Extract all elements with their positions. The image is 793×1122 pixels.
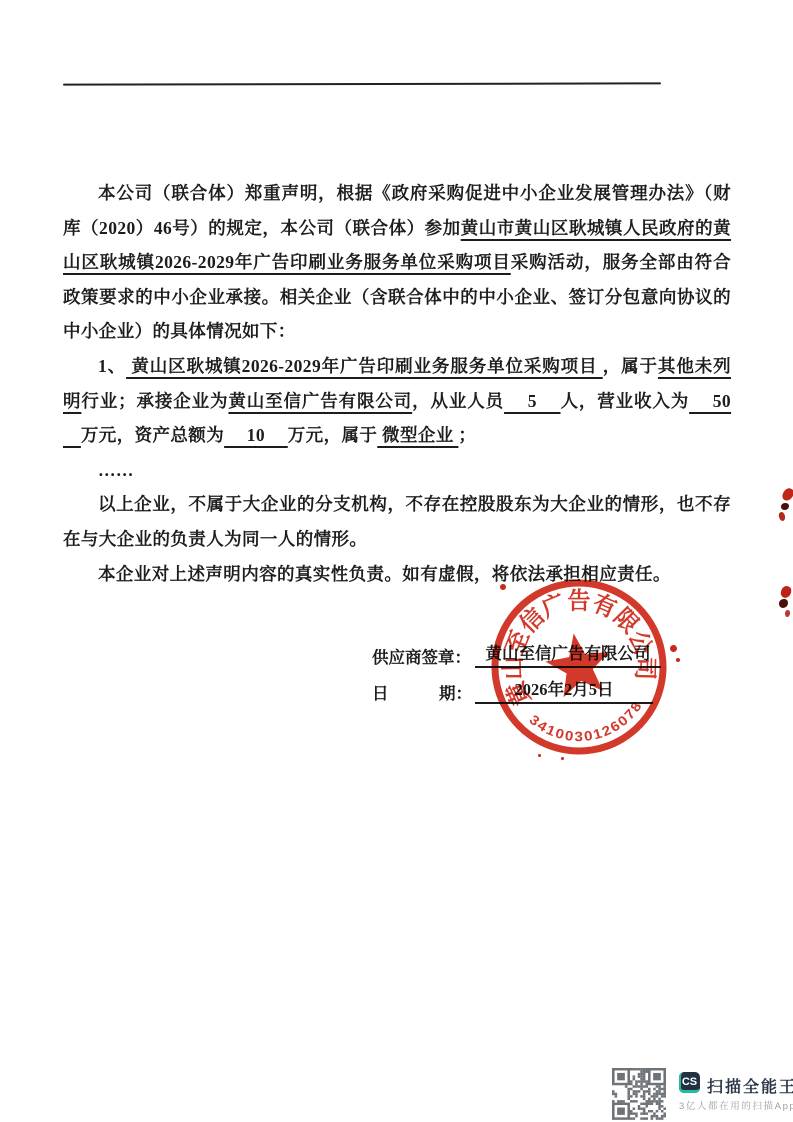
page-edge-ink-mark bbox=[778, 586, 793, 620]
ink-blob bbox=[779, 599, 788, 608]
ink-dot bbox=[670, 645, 677, 652]
supplier-signature-label-text: 供应商签章： bbox=[372, 644, 471, 668]
seal-graphic: 黄山至信广告有限公司 3410030126078 bbox=[483, 571, 675, 763]
page-edge-ink-mark bbox=[779, 488, 793, 524]
camscanner-logo-text: CS bbox=[682, 1076, 697, 1088]
ink-blob bbox=[781, 503, 789, 510]
ink-blob bbox=[780, 585, 793, 599]
qr-code bbox=[612, 1068, 666, 1120]
camscanner-app-name: 扫描全能王 bbox=[707, 1074, 793, 1097]
ellipsis-paragraph: …… bbox=[63, 453, 731, 488]
ink-dot bbox=[538, 754, 541, 757]
camscanner-tagline: 3亿人都在用的扫描App bbox=[679, 1098, 793, 1112]
ink-dot bbox=[500, 584, 506, 590]
date-label-left: 日 bbox=[372, 680, 389, 704]
item-1-paragraph: 1、 黄山区耿城镇2026-2029年广告印刷业务服务单位采购项目 ，属于其他未… bbox=[63, 349, 731, 453]
ink-dot bbox=[561, 757, 564, 760]
supplier-signature-label: 供应商签章： bbox=[372, 644, 472, 668]
camscanner-logo-icon: CS bbox=[679, 1072, 700, 1093]
date-label: 日 期： bbox=[372, 680, 472, 704]
scan-artifact-line bbox=[63, 82, 661, 85]
ink-blob bbox=[781, 486, 793, 502]
no-affiliation-paragraph: 以上企业，不属于大企业的分支机构，不存在控股股东为大企业的情形，也不存在与大企业… bbox=[63, 487, 731, 556]
ink-blob bbox=[778, 511, 787, 522]
company-seal: 黄山至信广告有限公司 3410030126078 bbox=[470, 558, 687, 775]
ink-blob bbox=[785, 610, 790, 617]
ink-dot bbox=[676, 658, 680, 662]
declaration-paragraph: 本公司（联合体）郑重声明，根据《政府采购促进中小企业发展管理办法》（财库（202… bbox=[63, 176, 731, 349]
declaration-document: 本公司（联合体）郑重声明，根据《政府采购促进中小企业发展管理办法》（财库（202… bbox=[63, 176, 731, 591]
date-label-right: 期： bbox=[439, 680, 472, 704]
star-icon bbox=[542, 628, 615, 699]
